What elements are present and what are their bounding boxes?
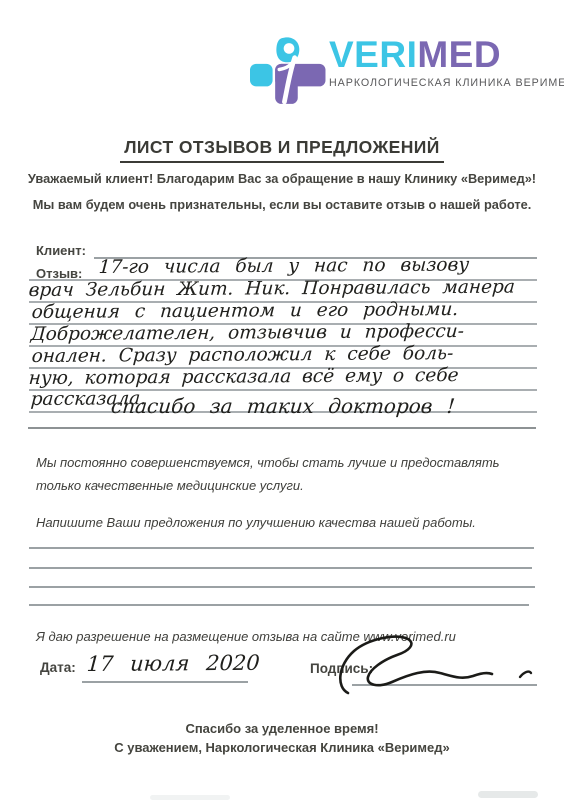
footer-regards: С уважением, Наркологическая Клиника «Ве… — [0, 740, 564, 755]
brand-name: VERIMED — [329, 36, 564, 75]
intro-line-1: Уважаемый клиент! Благодарим Вас за обра… — [0, 171, 564, 186]
handwritten-review-line: Доброжелателен, отзывчив и професси- — [30, 321, 465, 345]
handwritten-review-line: ную, которая рассказала всё ему о себе — [28, 365, 459, 389]
scan-smudge — [150, 795, 230, 800]
clinic-logo: VERIMED НАРКОЛОГИЧЕСКАЯ КЛИНИКА ВЕРИМЕД — [250, 36, 564, 104]
suggestion-blank-line — [29, 547, 534, 549]
medical-cross-person-icon — [250, 36, 326, 104]
handwritten-review-line: общения с пациентом и его родными. — [31, 299, 459, 323]
suggestions-prompt: Напишите Ваши предложения по улучшению к… — [36, 511, 538, 534]
brand-veri: VERI — [329, 34, 417, 75]
handwritten-signature — [330, 635, 545, 697]
handwritten-review-line: онален. Сразу расположил к себе боль- — [31, 343, 454, 367]
suggestion-blank-line — [29, 567, 532, 569]
handwritten-review-line: врач Зельбин Жит. Ник. Понравилась манер… — [28, 277, 516, 301]
logo-subtitle: НАРКОЛОГИЧЕСКАЯ КЛИНИКА ВЕРИМЕД — [329, 77, 564, 89]
intro-line-2: Мы вам будем очень признательны, если вы… — [0, 197, 564, 212]
handwritten-review-line: 17-го числа был у нас по вызову — [98, 254, 470, 278]
date-blank-line — [82, 681, 248, 683]
handwritten-date: 17 июля 2020 — [86, 651, 260, 676]
brand-med: MED — [417, 34, 501, 75]
handwritten-review-thanks: спасибо за таких докторов ! — [0, 394, 564, 418]
logo-wordmark: VERIMED НАРКОЛОГИЧЕСКАЯ КЛИНИКА ВЕРИМЕД — [329, 36, 564, 89]
scan-smudge — [478, 791, 538, 798]
document-title: ЛИСТ ОТЗЫВОВ И ПРЕДЛОЖЕНИЙ — [120, 137, 444, 163]
suggestion-blank-line — [29, 604, 529, 606]
section-divider — [28, 427, 536, 429]
scanned-feedback-form: VERIMED НАРКОЛОГИЧЕСКАЯ КЛИНИКА ВЕРИМЕД … — [0, 0, 564, 800]
footer-thanks: Спасибо за уделенное время! — [0, 721, 564, 736]
document-title-row: ЛИСТ ОТЗЫВОВ И ПРЕДЛОЖЕНИЙ — [0, 137, 564, 163]
suggestion-blank-line — [29, 586, 535, 588]
client-label: Клиент: — [36, 243, 86, 258]
date-label: Дата: — [40, 660, 76, 675]
quality-note: Мы постоянно совершенствуемся, чтобы ста… — [36, 451, 538, 498]
